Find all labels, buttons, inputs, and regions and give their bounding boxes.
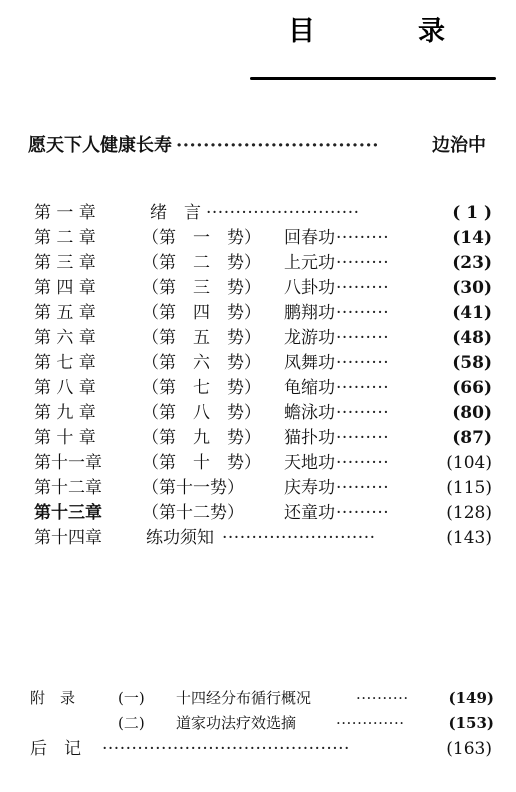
chapter-number: 第十三章 xyxy=(34,501,102,525)
chapter-title: 凤舞功 xyxy=(284,351,335,375)
chapter-number: 第十二章 xyxy=(34,476,102,500)
title-char-lu: 录 xyxy=(418,14,445,50)
pose-label: （第 二 势） xyxy=(142,251,261,275)
page-number: (87) xyxy=(452,426,492,450)
page-number: (23) xyxy=(452,251,492,275)
page-number: (153) xyxy=(448,711,494,735)
pose-label: （第 一 势） xyxy=(142,226,261,250)
dot-leader: ········· xyxy=(336,351,428,375)
pose-label: （第 十 势） xyxy=(142,451,261,475)
page-number: (58) xyxy=(452,351,492,375)
title-underline-divider xyxy=(250,77,496,80)
pose-label: （第 七 势） xyxy=(142,376,261,400)
page-number: (163) xyxy=(446,737,492,761)
toc-chapter-entry[interactable]: 第十二章 （第十一势） 庆寿功 ········· (115) xyxy=(0,476,516,500)
page-number: (30) xyxy=(452,276,492,300)
dot-leader: ············· xyxy=(336,711,430,735)
chapter-title: 练功须知 xyxy=(146,526,214,550)
chapter-title: 八卦功 xyxy=(284,276,335,300)
preface-author: 边治中 xyxy=(432,134,486,158)
chapter-title: 天地功 xyxy=(284,451,335,475)
dot-leader: ·························· xyxy=(222,526,428,550)
chapter-title: 还童功 xyxy=(284,501,335,525)
afterword-label: 后 记 xyxy=(30,737,81,761)
page-number: (80) xyxy=(452,401,492,425)
chapter-number: 第十四章 xyxy=(34,526,102,550)
dot-leader: ········· xyxy=(336,501,428,525)
dot-leader: ·········· xyxy=(356,686,430,710)
chapter-number: 第 八 章 xyxy=(34,376,96,400)
dot-leader: ········· xyxy=(336,301,428,325)
page-number: (14) xyxy=(452,226,492,250)
chapter-number: 第 六 章 xyxy=(34,326,96,350)
toc-chapter-entry[interactable]: 第 六 章 （第 五 势） 龙游功 ········· (48) xyxy=(0,326,516,350)
toc-chapter-entry[interactable]: 第 九 章 （第 八 势） 蟾泳功 ········· (80) xyxy=(0,401,516,425)
dot-leader: ········· xyxy=(336,326,428,350)
chapter-number: 第十一章 xyxy=(34,451,102,475)
toc-chapter-entry[interactable]: 第 三 章 （第 二 势） 上元功 ········· (23) xyxy=(0,251,516,275)
pose-label: （第 八 势） xyxy=(142,401,261,425)
page-number: (48) xyxy=(452,326,492,350)
chapter-number: 第 二 章 xyxy=(34,226,96,250)
pose-label: （第 九 势） xyxy=(142,426,261,450)
dot-leader: ········· xyxy=(336,451,428,475)
toc-chapter-entry[interactable]: 第 八 章 （第 七 势） 龟缩功 ········· (66) xyxy=(0,376,516,400)
toc-chapter-entry[interactable]: 第 十 章 （第 九 势） 猫扑功 ········· (87) xyxy=(0,426,516,450)
chapter-title: 回春功 xyxy=(284,226,335,250)
toc-chapter-entry[interactable]: 第十一章 （第 十 势） 天地功 ········· (104) xyxy=(0,451,516,475)
preface-title: 愿天下人健康长寿 xyxy=(28,134,172,158)
page-number: (104) xyxy=(446,451,492,475)
pose-label: （第 三 势） xyxy=(142,276,261,300)
dot-leader: ········································… xyxy=(102,737,424,761)
dot-leader: ········· xyxy=(336,426,428,450)
dot-leader: ········· xyxy=(336,401,428,425)
toc-appendix-entry[interactable]: 附 录 (一) 十四经分布循行概况 ·········· (149) xyxy=(0,686,516,710)
dot-leader: ········· xyxy=(336,226,428,250)
toc-appendix-entry[interactable]: (二) 道家功法疗效选摘 ············· (153) xyxy=(0,711,516,735)
dot-leader: ······························ xyxy=(176,134,428,158)
appendix-item-title: 道家功法疗效选摘 xyxy=(176,711,296,735)
page-number: (66) xyxy=(452,376,492,400)
dot-leader: ········· xyxy=(336,376,428,400)
chapter-number: 第 十 章 xyxy=(34,426,96,450)
pose-label: （第 五 势） xyxy=(142,326,261,350)
toc-chapter-entry[interactable]: 第十四章 练功须知 ·························· (14… xyxy=(0,526,516,550)
chapter-title: 绪 言 xyxy=(150,201,201,225)
pose-label: （第 六 势） xyxy=(142,351,261,375)
chapter-number: 第 三 章 xyxy=(34,251,96,275)
appendix-item-number: (一) xyxy=(118,686,145,710)
toc-chapter-entry[interactable]: 第 二 章 （第 一 势） 回春功 ········· (14) xyxy=(0,226,516,250)
pose-label: （第十一势） xyxy=(142,476,244,500)
chapter-number: 第 九 章 xyxy=(34,401,96,425)
chapter-title: 上元功 xyxy=(284,251,335,275)
dot-leader: ········· xyxy=(336,251,428,275)
appendix-item-number: (二) xyxy=(118,711,145,735)
dot-leader: ········· xyxy=(336,276,428,300)
chapter-title: 龟缩功 xyxy=(284,376,335,400)
toc-chapter-entry[interactable]: 第 七 章 （第 六 势） 凤舞功 ········· (58) xyxy=(0,351,516,375)
pose-label: （第十二势） xyxy=(142,501,244,525)
toc-preface-entry[interactable]: 愿天下人健康长寿 ······························ … xyxy=(0,134,516,158)
appendix-item-title: 十四经分布循行概况 xyxy=(176,686,311,710)
toc-chapter-entry[interactable]: 第 四 章 （第 三 势） 八卦功 ········· (30) xyxy=(0,276,516,300)
toc-afterword-entry[interactable]: 后 记 ····································… xyxy=(0,737,516,761)
page-number: (115) xyxy=(446,476,492,500)
dot-leader: ·························· xyxy=(206,201,428,225)
page-number: (149) xyxy=(448,686,494,710)
pose-label: （第 四 势） xyxy=(142,301,261,325)
chapter-number: 第 一 章 xyxy=(34,201,96,225)
toc-chapter-entry[interactable]: 第十三章 （第十二势） 还童功 ········· (128) xyxy=(0,501,516,525)
toc-chapter-entry[interactable]: 第 一 章 绪 言 ·························· ( 1… xyxy=(0,201,516,225)
dot-leader: ········· xyxy=(336,476,428,500)
page-number: (41) xyxy=(452,301,492,325)
title-char-mu: 目 xyxy=(288,14,315,50)
chapter-number: 第 四 章 xyxy=(34,276,96,300)
chapter-title: 猫扑功 xyxy=(284,426,335,450)
page-number: (143) xyxy=(446,526,492,550)
chapter-title: 鹏翔功 xyxy=(284,301,335,325)
chapter-number: 第 五 章 xyxy=(34,301,96,325)
toc-chapter-entry[interactable]: 第 五 章 （第 四 势） 鹏翔功 ········· (41) xyxy=(0,301,516,325)
page-title: 目 录 xyxy=(0,14,516,54)
chapter-title: 龙游功 xyxy=(284,326,335,350)
page-number: ( 1 ) xyxy=(452,201,492,225)
chapter-number: 第 七 章 xyxy=(34,351,96,375)
chapter-title: 庆寿功 xyxy=(284,476,335,500)
chapter-title: 蟾泳功 xyxy=(284,401,335,425)
page-number: (128) xyxy=(446,501,492,525)
appendix-label: 附 录 xyxy=(30,686,75,710)
